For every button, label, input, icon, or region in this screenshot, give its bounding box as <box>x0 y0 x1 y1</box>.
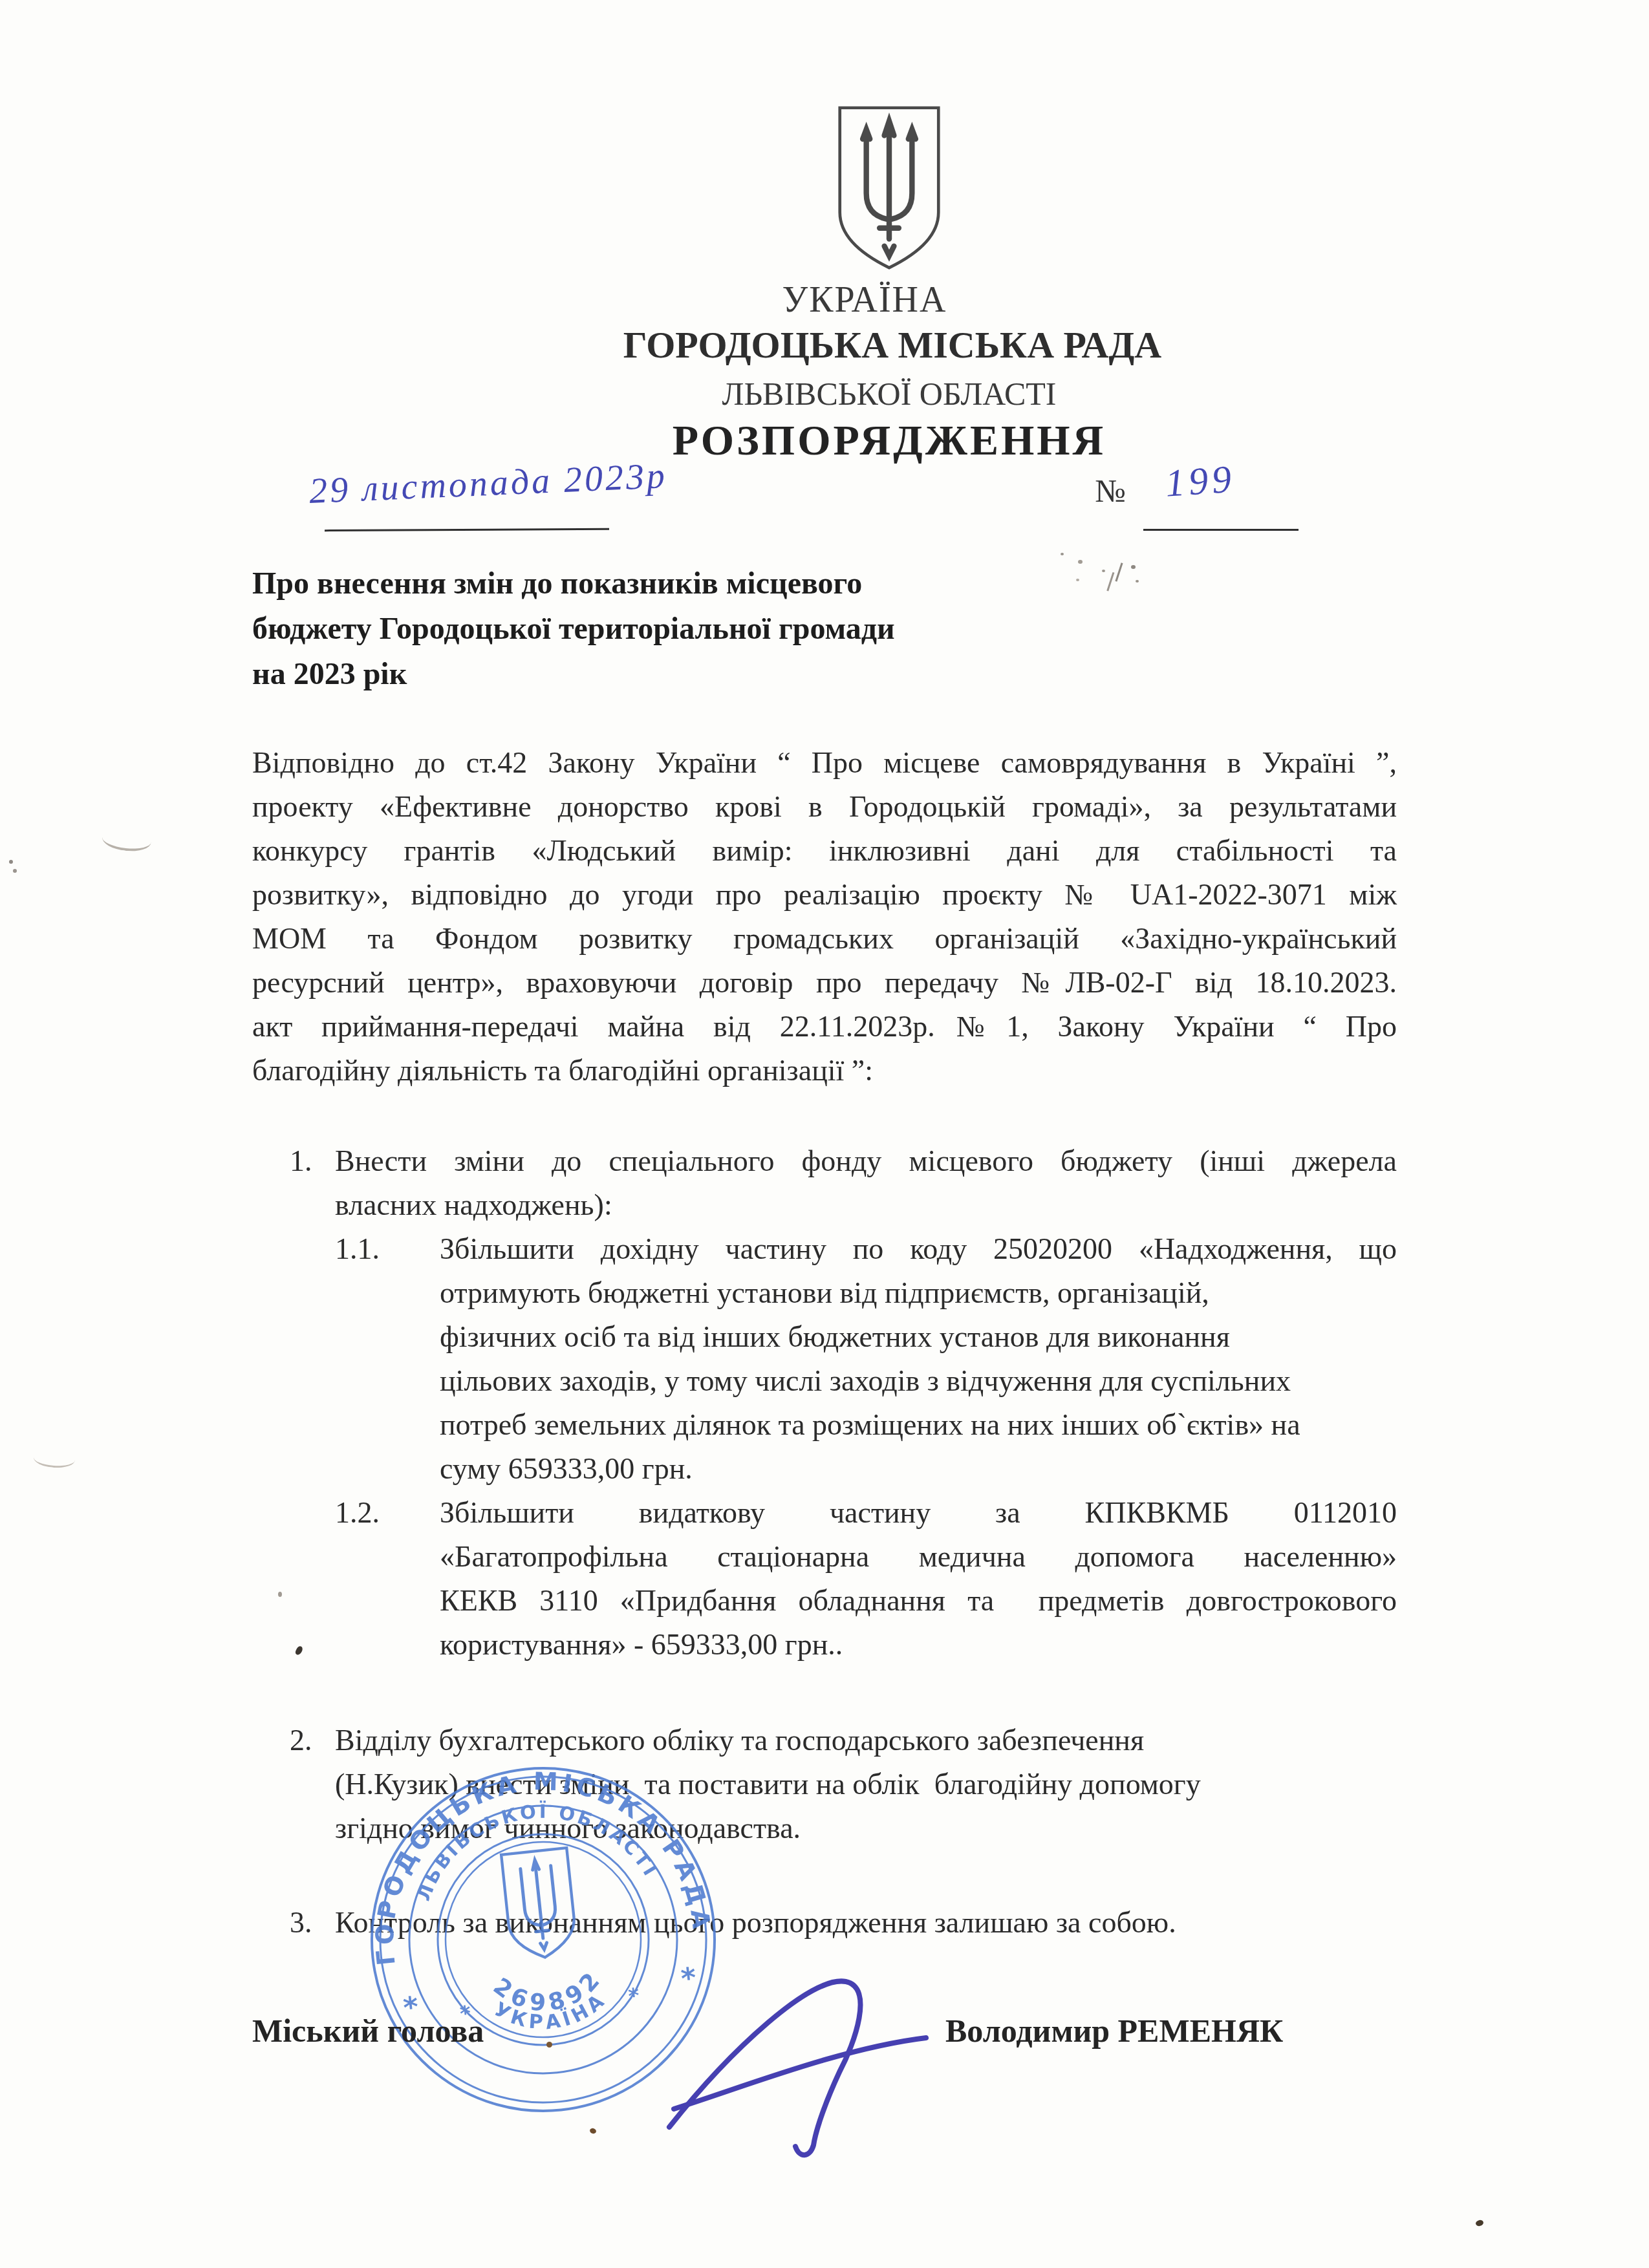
signature-handwriting <box>0 0 1649 2268</box>
signer-name: Володимир РЕМЕНЯК <box>945 2012 1283 2049</box>
scanned-document-page: УКРАЇНА ГОРОДОЦЬКА МІСЬКА РАДА ЛЬВІВСЬКО… <box>0 0 1649 2268</box>
